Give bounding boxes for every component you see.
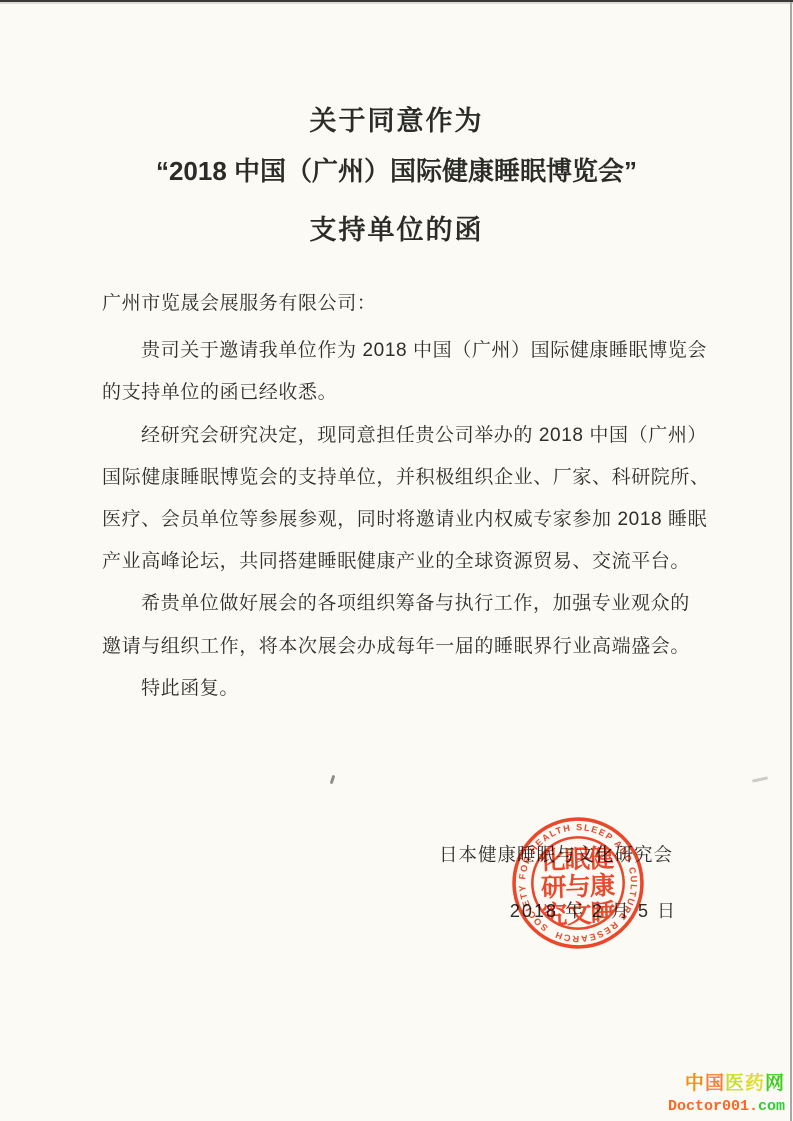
watermark-char: 医 — [725, 1073, 745, 1094]
watermark-char: 中 — [685, 1073, 705, 1094]
closing-line: 特此函复。 — [102, 668, 696, 710]
scan-speck — [752, 776, 768, 782]
seal-inner-char: 文 — [566, 900, 593, 929]
seal-inner-char: 健 — [587, 844, 615, 873]
seal-inner-char: 化 — [539, 846, 566, 875]
body-line: 产业高峰论坛，共同搭建睡眠健康产业的全球资源贸易、交流平台。 — [102, 541, 696, 583]
letter-title-line-1: 关于同意作为 — [0, 99, 793, 138]
seal-inner-char: 康 — [589, 871, 616, 901]
watermark-domain-part: com — [758, 1098, 785, 1115]
body-line: 医疗、会员单位等参展参观，同时将邀请业内权威专家参加 2018 睡眠 — [102, 499, 696, 541]
watermark-domain-part: Doctor001. — [668, 1098, 758, 1115]
watermark-domain: Doctor001.com — [668, 1097, 785, 1117]
scan-speck — [330, 775, 336, 784]
letter-title-line-2: “2018 中国（广州）国际健康睡眠博览会” — [0, 151, 793, 188]
salutation: 广州市览晟会展服务有限公司： — [102, 283, 696, 325]
body-line: 邀请与组织工作，将本次展会办成每年一届的睡眠界行业高端盛会。 — [102, 626, 696, 668]
scanned-letter-page: { "page": { "paper_color": "#fbfaf5", "t… — [0, 0, 793, 1121]
seal-inner-char: 眠 — [564, 845, 591, 874]
scan-edge-top-shadow — [0, 2, 793, 4]
body-line: 的支持单位的函已经收悉。 — [102, 372, 696, 414]
watermark: 中国医药网 Doctor001.com — [668, 1071, 785, 1117]
letter-title-line-3: 支持单位的函 — [0, 208, 793, 247]
watermark-site-name: 中国医药网 — [668, 1071, 785, 1097]
watermark-char: 国 — [705, 1073, 725, 1094]
body-line: 经研究会研究决定，现同意担任贵公司举办的 2018 中国（广州） — [102, 415, 696, 457]
watermark-char: 网 — [765, 1073, 785, 1094]
official-seal: SOCIETY FOR HEALTH SLEEP AND CULTURE RES… — [507, 812, 650, 955]
letter-body: 广州市览晟会展服务有限公司： 贵司关于邀请我单位作为 2018 中国（广州）国际… — [102, 283, 696, 710]
watermark-char: 药 — [745, 1073, 765, 1094]
seal-inner-char: 研 — [541, 874, 568, 903]
body-line: 国际健康睡眠博览会的支持单位，并积极组织企业、厂家、科研院所、 — [102, 457, 696, 499]
seal-inner-char: 与 — [565, 872, 591, 902]
body-line: 贵司关于邀请我单位作为 2018 中国（广州）国际健康睡眠博览会 — [102, 330, 696, 372]
body-line: 希贵单位做好展会的各项组织筹备与执行工作，加强专业观众的 — [102, 583, 696, 625]
